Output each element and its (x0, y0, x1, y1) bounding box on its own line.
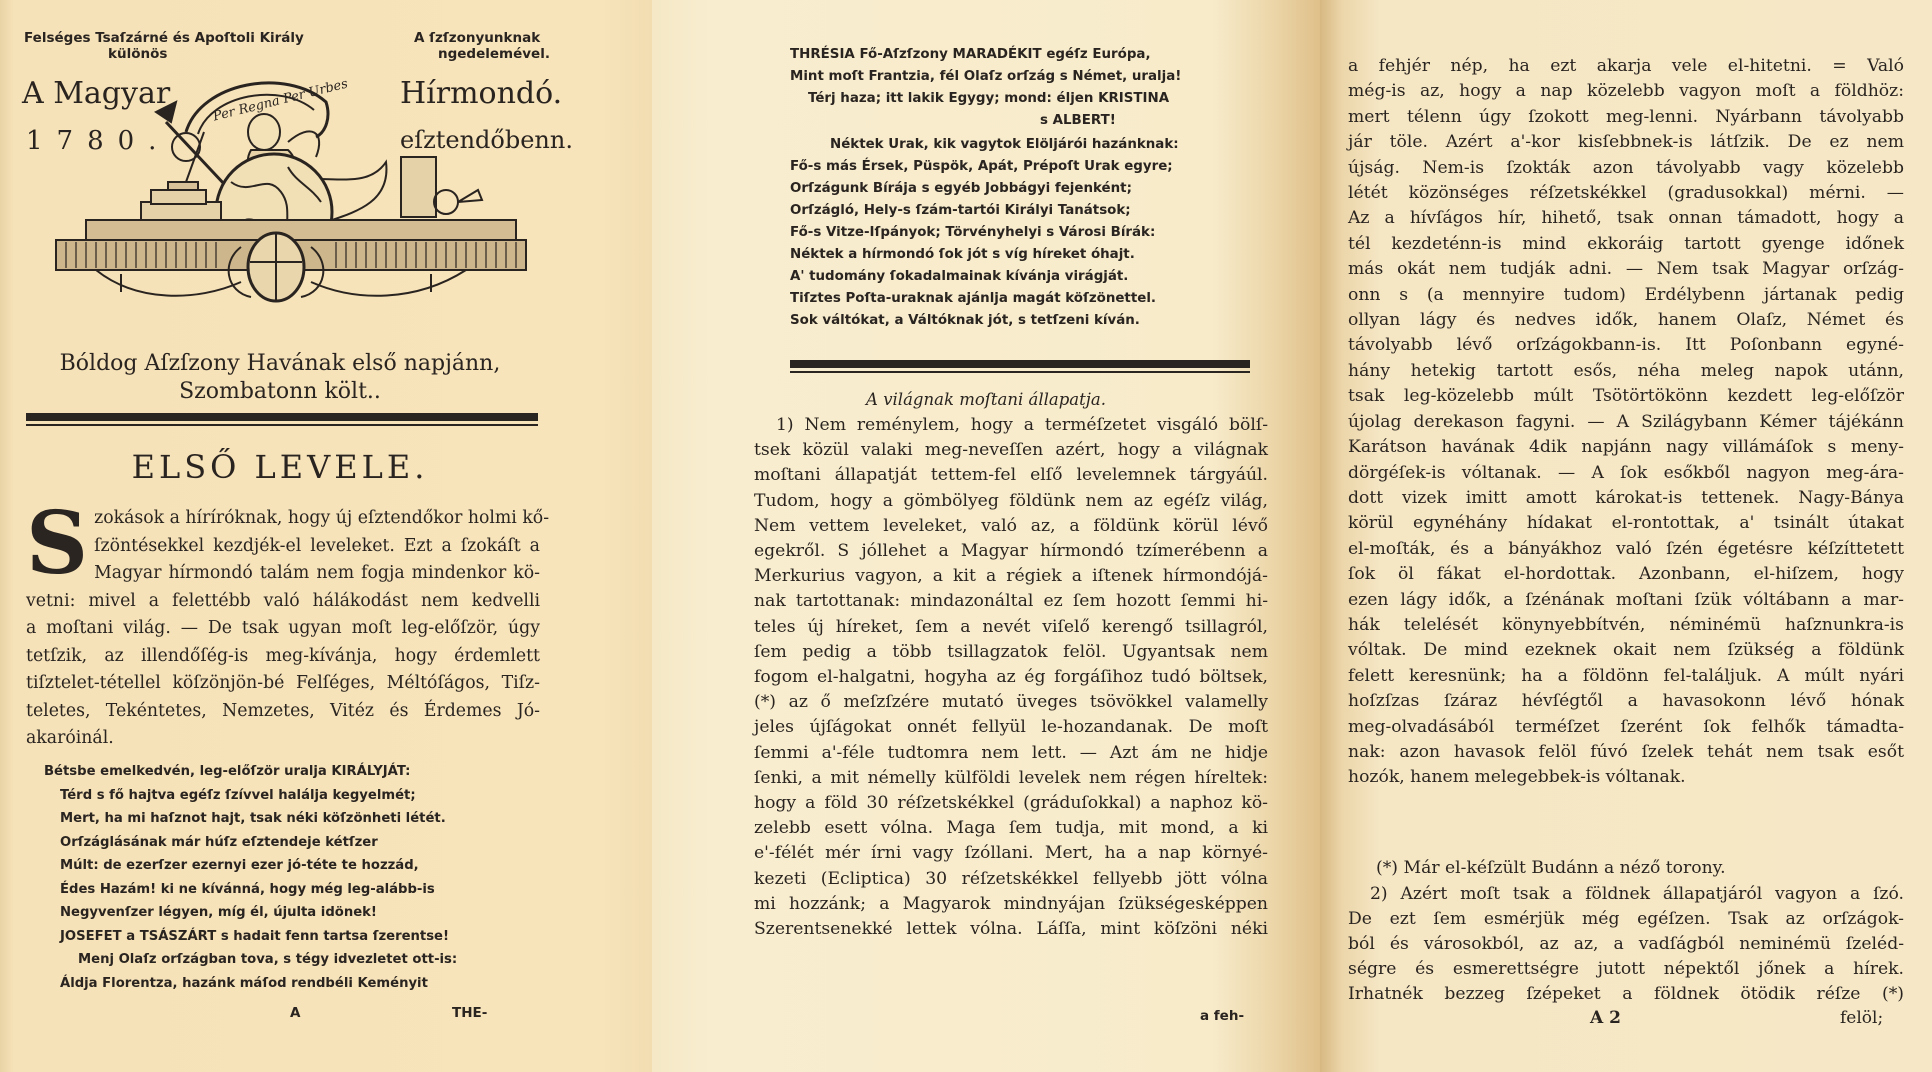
privilege-line-2: különös (108, 46, 167, 62)
poem-line: Mert, ha mi haſznot hajt, tsak néki köſz… (44, 807, 524, 831)
text-line: ſemmi a'-féle tudtomra nem lett. — Azt á… (754, 741, 1268, 766)
text-line: Az a hívſágos hír, hihető, tsak onnan tá… (1348, 206, 1904, 231)
text-line: ſenki, a mit némelly külföldi levelek ne… (754, 766, 1268, 791)
drop-cap: S (26, 509, 88, 579)
left-page: Felséges Tsaſzárné és Apoſtoli Király kü… (0, 0, 652, 1072)
dedication-poem-continued: THRÉSIA Fő-Aſzſzony MARADÉKIT egéſz Euró… (790, 44, 1270, 332)
text-line: teles új híreket, ſem a nevét viſelő ker… (754, 615, 1268, 640)
text-line: nak: azon havasok felöl fúvó ſzelek tehá… (1348, 740, 1904, 765)
text-line: hozók, hanem melegebbek-is vóltanak. (1348, 765, 1904, 790)
text-line: tsek közül valaki meg-neveſſen azért, ho… (754, 438, 1268, 463)
text-line: Tudom, hogy a gömbölyeg földünk nem az e… (754, 489, 1268, 514)
letter-heading: ELSŐ LEVELE. (0, 448, 560, 486)
poem-line: Orſzágló, Hely-s ſzám-tartói Királyi Tan… (790, 200, 1270, 222)
text-line: e'-félét mér írni vagy ſzóllani. Mert, h… (754, 841, 1268, 866)
dateline: Bóldog Aſzſzony Havának első napjánn, Sz… (0, 350, 560, 406)
poem-line: Sok váltókat, a Váltóknak jót, s tetſzen… (790, 310, 1270, 332)
section-title: A világnak moſtani állapatja. (652, 390, 1320, 409)
text-line: moſtani állapatját tettem-fel elſő level… (754, 463, 1268, 488)
text-line: onn s (a mennyire tudom) Erdélybenn járt… (1348, 283, 1904, 308)
text-line: ségre és esmerettségre jutott népektől j… (1348, 957, 1904, 982)
text-line: létét közönséges réſzetskékkel (gradusok… (1348, 181, 1904, 206)
middle-page: THRÉSIA Fő-Aſzſzony MARADÉKIT egéſz Euró… (652, 0, 1320, 1072)
catchword: THE- (452, 1005, 487, 1021)
poem-line: Menj Olaſz orſzágban tova, s tégy idvezl… (44, 948, 524, 972)
text-line: újság. Nem-is ſzokták azon távolyabb vag… (1348, 156, 1904, 181)
section-2-body: 2) Azért moſt tsak a földnek állapatjáró… (1348, 882, 1904, 1007)
text-line: mi hozzánk; a Magyarok mindnyájan ſzüksé… (754, 892, 1268, 917)
catchword: a feh- (1200, 1008, 1244, 1024)
article-body: 1) Nem reménylem, hogy a terméſzetet vis… (754, 413, 1268, 942)
text-line: ból és városokból, az az, a vadſágból ne… (1348, 932, 1904, 957)
text-line: tiſztelet-tétellel köſzönjön-bé Felſéges… (26, 670, 540, 698)
poem-line: Orſzágunk Bírája s egyéb Jobbágyi fejenk… (790, 178, 1270, 200)
poem-line: Tiſztes Poſta-uraknak ajánlja magát köſz… (790, 288, 1270, 310)
signature-mark: A (290, 1005, 300, 1021)
text-line: hány hetekig tartott esős, néha meleg na… (1348, 359, 1904, 384)
text-line: ſok öl fákat el-hordottak. Azonbann, el-… (1348, 562, 1904, 587)
text-line: nak tartottanak: mindazonáltal ez ſem ho… (754, 589, 1268, 614)
text-line: dott vizek imitt amott károkat-is tetten… (1348, 486, 1904, 511)
text-line: hoſzſzas ſzáraz hévſégtől a havasokonn l… (1348, 689, 1904, 714)
poem-line: A' tudomány ſokadalmainak kívánja virágj… (790, 266, 1270, 288)
dateline-line-2: Szombatonn költ.. (0, 378, 560, 406)
text-line: meg-olvadásából terméſzet ſzerént ſok fe… (1348, 715, 1904, 740)
poem-line: Néktek a hírmondó ſok jót s víg híreket … (790, 244, 1270, 266)
text-line: más okát nem tudják adni. — Nem tsak Mag… (1348, 257, 1904, 282)
poem-line: Térj haza; itt lakik Egygy; mond: éljen … (790, 88, 1270, 110)
article-body-continued: a fehjér nép, ha ezt akarja vele el-hite… (1348, 54, 1904, 791)
footnote: (*) Már el-kéſzült Budánn a néző torony. (1376, 856, 1896, 880)
text-line: Nem vettem leveleket, való az, a földünk… (754, 514, 1268, 539)
poem-line: Fő-s más Érsek, Püspök, Apát, Prépoſt Ur… (790, 156, 1270, 178)
text-line: fogom el-halgatni, hogyha az ég forgáſih… (754, 665, 1268, 690)
text-line: kezeti (Ecliptica) 30 réſzetskékkel fell… (754, 867, 1268, 892)
text-line: hogy a föld 30 réſzetskékkel (gráduſokka… (754, 791, 1268, 816)
dateline-line-1: Bóldog Aſzſzony Havának első napjánn, (0, 350, 560, 378)
text-line: egekről. S jóllehet a Magyar hírmondó tz… (754, 539, 1268, 564)
text-line: vóltak. De mind ezeknek okait nem ſzüksé… (1348, 638, 1904, 663)
poem-line: Orſzáglásának már húſz eſztendeje kétſze… (44, 831, 524, 855)
poem-line: Édes Hazám! ki ne kívánná, hogy még leg-… (44, 878, 524, 902)
text-line: a fehjér nép, ha ezt akarja vele el-hite… (1348, 54, 1904, 79)
text-line: Merkurius vagyon, a kit a régiek a iſten… (754, 564, 1268, 589)
text-line: ezen lágy idők, a ſzénának moſtani ſzük … (1348, 588, 1904, 613)
text-line: tsak leg-közelebb múlt Tsötörtökönn kezd… (1348, 384, 1904, 409)
text-line: távolyabb lévő orſzágokbann-is. Itt Poſo… (1348, 333, 1904, 358)
privilege-line-4: ngedelemével. (438, 46, 550, 62)
poem-line: Múlt: de ezerſzer ezernyi ezer jó-téte t… (44, 854, 524, 878)
right-page: a fehjér nép, ha ezt akarja vele el-hite… (1320, 0, 1932, 1072)
signature-mark: A 2 (1590, 1008, 1621, 1028)
text-line: ſzöntésekkel kezdjék-el leveleket. Ezt a… (26, 533, 540, 561)
text-line: Irhatnék bezzeg ſzépeket a földnek ötödi… (1348, 982, 1904, 1007)
double-rule-divider (26, 413, 538, 427)
text-line: Karátson havának 4dik napjánn nagy villá… (1348, 435, 1904, 460)
text-line: akaróinál. (26, 725, 540, 753)
text-line: jeles újſágokat onnét fellyül le-hozanda… (754, 715, 1268, 740)
poem-line: s ALBERT! (790, 110, 1270, 132)
text-line: 2) Azért moſt tsak a földnek állapatjáró… (1348, 882, 1904, 907)
text-line: ſem pedig a több tsillagzatok felöl. Ugy… (754, 640, 1268, 665)
poem-line: Néktek Urak, kik vagytok Elöljárói hazán… (790, 134, 1270, 156)
text-line: dörgéſek-is vóltanak. — A ſok esőkből na… (1348, 461, 1904, 486)
text-line: Magyar hírmondó talám nem fogja mindenko… (26, 560, 540, 588)
double-rule-divider (790, 360, 1250, 374)
text-line: el-moſták, és a bányákhoz való ſzén éget… (1348, 537, 1904, 562)
woodcut-vignette-icon: Per Regna Per Urbes (26, 62, 536, 312)
text-line: vetni: mivel a felettébb való hálákodást… (26, 588, 540, 616)
catchword: felöl; (1840, 1008, 1883, 1028)
text-line: (*) az ő meſzſzére mutató üveges tsövökk… (754, 690, 1268, 715)
text-line: tetſzik, az illendőſég-is meg-kívánja, h… (26, 643, 540, 671)
text-line: a moſtani világ. — De tsak ugyan moſt le… (26, 615, 540, 643)
text-line: teletes, Tekéntetes, Nemzetes, Vitéz és … (26, 698, 540, 726)
text-line: 1) Nem reménylem, hogy a terméſzetet vis… (754, 413, 1268, 438)
poem-line: THRÉSIA Fő-Aſzſzony MARADÉKIT egéſz Euró… (790, 44, 1270, 66)
text-line: újolag derekason fagyni. — A Szilágybann… (1348, 410, 1904, 435)
text-line: hák telelését könynyebbítvén, néminémü h… (1348, 613, 1904, 638)
text-line: zelebb esett vólna. Maga ſem tudja, mit … (754, 816, 1268, 841)
text-line: Szerentsenekké lettek vólna. Láſſa, mint… (754, 917, 1268, 942)
text-line: De ezt ſem esmérjük még egéſzen. Tsak az… (1348, 907, 1904, 932)
poem-line: Negyvenſzer légyen, míg él, újulta idöne… (44, 901, 524, 925)
dedication-poem: Bétsbe emelkedvén, leg-előſzör uralja KI… (44, 760, 524, 995)
poem-line: Fő-s Vitze-Iſpányok; Törvényhelyi s Váro… (790, 222, 1270, 244)
privilege-line-3: A ſzſzonyunknak (414, 30, 540, 46)
text-line: felett keresnünk; ha a földönn fel-talál… (1348, 664, 1904, 689)
privilege-line-1: Felséges Tsaſzárné és Apoſtoli Király (24, 30, 304, 46)
text-line: tél kezdeténn-is mind ekkoráig tartott g… (1348, 232, 1904, 257)
poem-line: Áldja Florentza, hazánk máſod rendbéli K… (44, 972, 524, 996)
letter-body: S zokások a híríróknak, hogy új eſztendő… (26, 505, 540, 753)
poem-line: Térd s fő hajtva egéſz ſzívvel halálja k… (44, 784, 524, 808)
text-line: ollyan lágy és nedves idők, hanem Olaſz,… (1348, 308, 1904, 333)
text-line: jár töle. Azért a'-kor kisſebbnek-is lát… (1348, 130, 1904, 155)
poem-line: Bétsbe emelkedvén, leg-előſzör uralja KI… (44, 760, 524, 784)
text-line: zokások a híríróknak, hogy új eſztendőko… (26, 505, 540, 533)
text-line: még-is az, hogy a nap közelebb vagyon mo… (1348, 79, 1904, 104)
text-line: körül egynéhány hídakat el-rontottak, a'… (1348, 511, 1904, 536)
poem-line: JOSEFET a TSÁSZÁRT s hadait fenn tartsa … (44, 925, 524, 949)
text-line: mert télenn úgy ſzokott meg-lenni. Nyárb… (1348, 105, 1904, 130)
poem-line: Mint moſt Frantzia, fél Olaſz orſzág s N… (790, 66, 1270, 88)
